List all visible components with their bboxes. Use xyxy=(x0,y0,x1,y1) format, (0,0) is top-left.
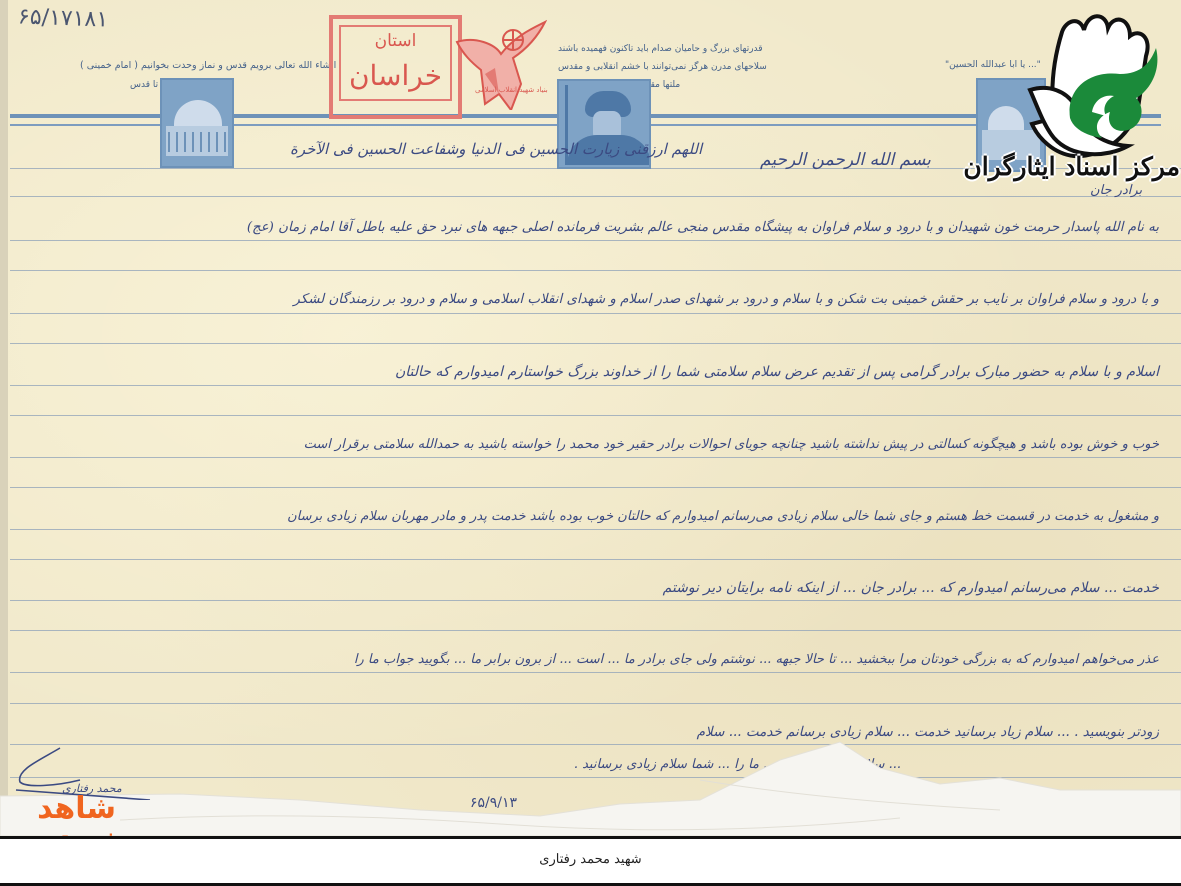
basmala: بسم الله الرحمن الرحیم xyxy=(760,150,931,170)
stamp-line1: استان xyxy=(333,31,458,51)
stamp-line2: خراسان xyxy=(333,59,458,92)
isargaran-archive-logo-text: مرکز اسناد ایثارگران xyxy=(1010,152,1180,181)
ruled-line xyxy=(10,672,1181,673)
letter-line-1: به نام الله پاسدار حرمت خون شهیدان و با … xyxy=(247,220,1159,235)
ruled-line xyxy=(10,385,1181,386)
ruled-line xyxy=(10,559,1181,560)
caption-bar: شهید محمد رفتاری xyxy=(0,836,1181,886)
letter-line-5: و مشغول به خدمت در قسمت خط هستم و جای شم… xyxy=(287,509,1159,524)
letterhead-quote-center-1: قدرتهای بزرگ و حامیان صدام باید تاکنون ف… xyxy=(558,44,763,54)
ruled-line xyxy=(10,529,1181,530)
letterhead-quote-center-2: سلاحهای مدرن هرگز نمی‌توانند با خشم انقل… xyxy=(558,62,767,72)
letter-line-6: خدمت ... سلام می‌رسانم امیدوارم که ... ب… xyxy=(663,580,1159,596)
emblem-caption: بنیاد شهید انقلاب اسلامی xyxy=(475,86,548,94)
martyr-foundation-emblem-icon xyxy=(455,14,547,110)
ruled-line xyxy=(10,343,1181,344)
letter-line-3: اسلام و با سلام به حضور مبارک برادر گرام… xyxy=(395,364,1159,380)
letter-line-4: خوب و خوش بوده باشد و هیچگونه کسالتی در … xyxy=(304,437,1159,452)
torn-paper-edge xyxy=(0,740,1181,836)
ruled-line xyxy=(10,630,1181,631)
ruled-line xyxy=(10,240,1181,241)
letter-line-2: و با درود و سلام فراوان بر نایب بر حقش خ… xyxy=(293,292,1159,307)
letter-line-8: زودتر بنویسید . ... سلام زیاد برسانید خد… xyxy=(697,724,1159,740)
martyr-name-caption: شهید محمد رفتاری xyxy=(0,852,1181,867)
ruled-line xyxy=(10,196,1181,197)
reference-number: ۶۵/۱۷۱۸۱ xyxy=(18,4,109,32)
ruled-line xyxy=(10,415,1181,416)
letter-line-7: عذر می‌خواهم امیدوارم که به بزرگی خودتان… xyxy=(354,652,1159,667)
header-prayer: اللهم ارزقنی زیارت الحسین فی الدنیا وشفا… xyxy=(290,140,702,158)
letter-date: ۶۵/۹/۱۳ xyxy=(470,795,517,811)
ruled-line xyxy=(10,703,1181,704)
ruled-line xyxy=(10,487,1181,488)
letterhead-caption-quds: تا قدس xyxy=(130,80,158,90)
ruled-line xyxy=(10,457,1181,458)
letterhead-quote-left: انشاء الله تعالی برویم قدس و نماز وحدت ب… xyxy=(80,60,336,71)
letter-scan: ۶۵/۱۷۱۸۱ انشاء الله تعالی برویم قدس و نم… xyxy=(0,0,1181,836)
khorasan-province-stamp: استان خراسان xyxy=(329,15,462,119)
ruled-line xyxy=(10,270,1181,271)
ruled-line xyxy=(10,600,1181,601)
dome-of-rock-image xyxy=(160,78,234,168)
ruled-line xyxy=(10,313,1181,314)
